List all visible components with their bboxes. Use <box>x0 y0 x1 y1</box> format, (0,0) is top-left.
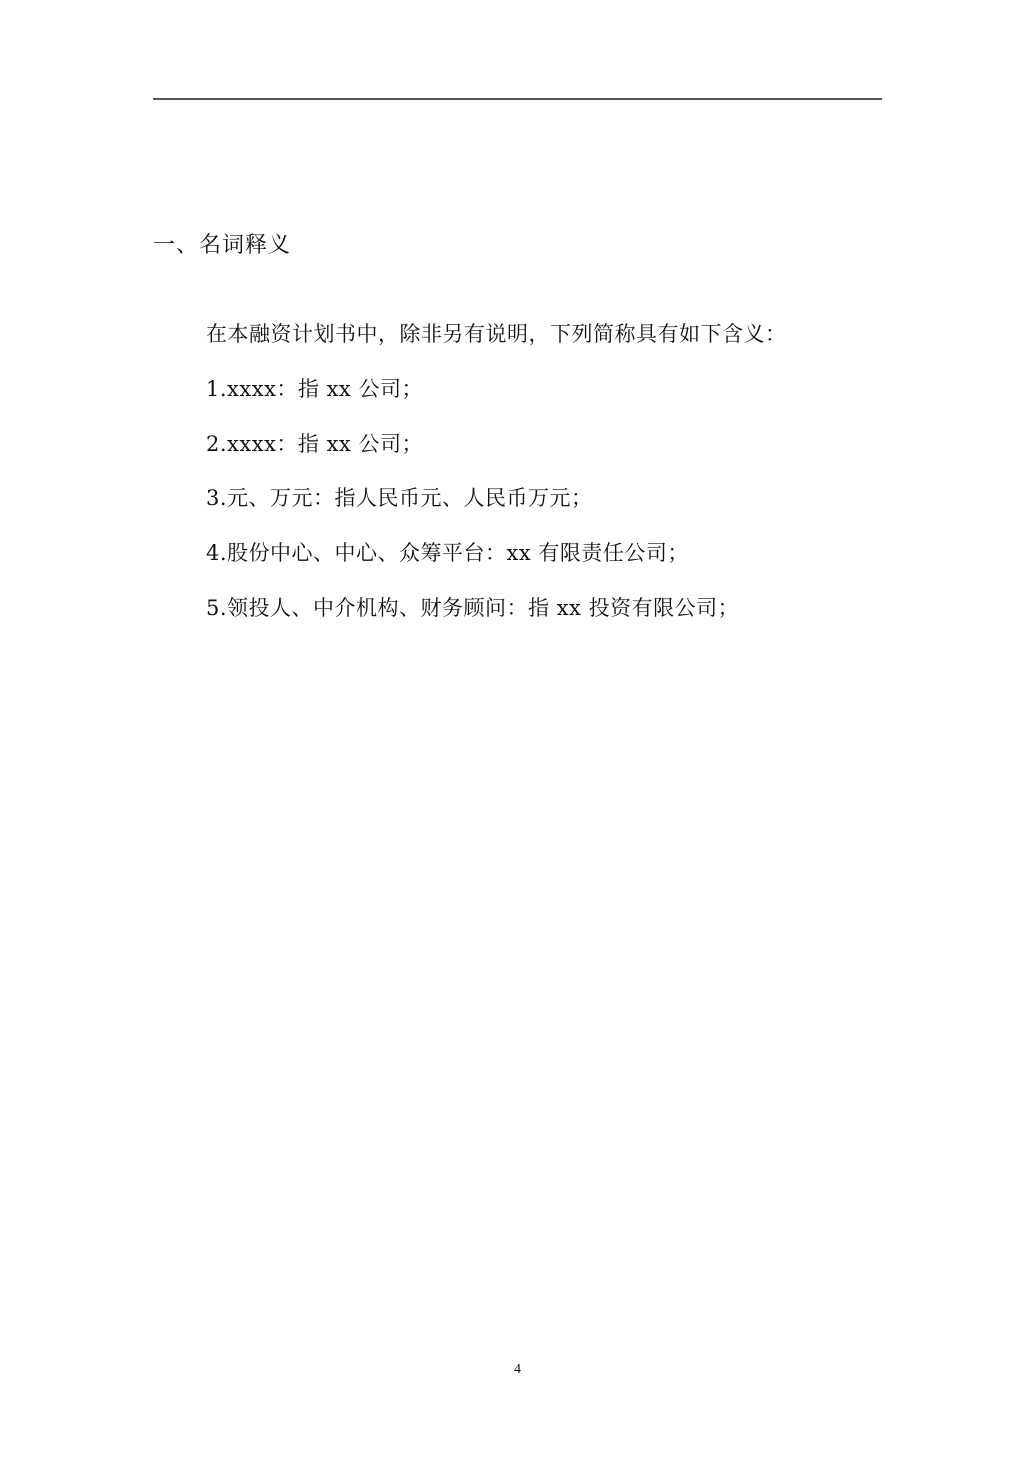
definition-item-4: 4.股份中心、中心、众筹平台：xx 有限责任公司； <box>206 537 689 567</box>
intro-paragraph: 在本融资计划书中，除非另有说明，下列简称具有如下含义： <box>206 318 787 348</box>
definition-item-1: 1.xxxx：指 xx 公司； <box>206 373 423 403</box>
definition-item-3: 3.元、万元：指人民币元、人民币万元； <box>206 482 593 512</box>
header-rule <box>153 98 882 100</box>
definition-item-5: 5.领投人、中介机构、财务顾问：指 xx 投资有限公司； <box>206 592 739 622</box>
definition-item-2: 2.xxxx：指 xx 公司； <box>206 428 423 458</box>
page-number: 4 <box>0 1362 1035 1378</box>
section-title: 一、名词释义 <box>153 228 291 259</box>
